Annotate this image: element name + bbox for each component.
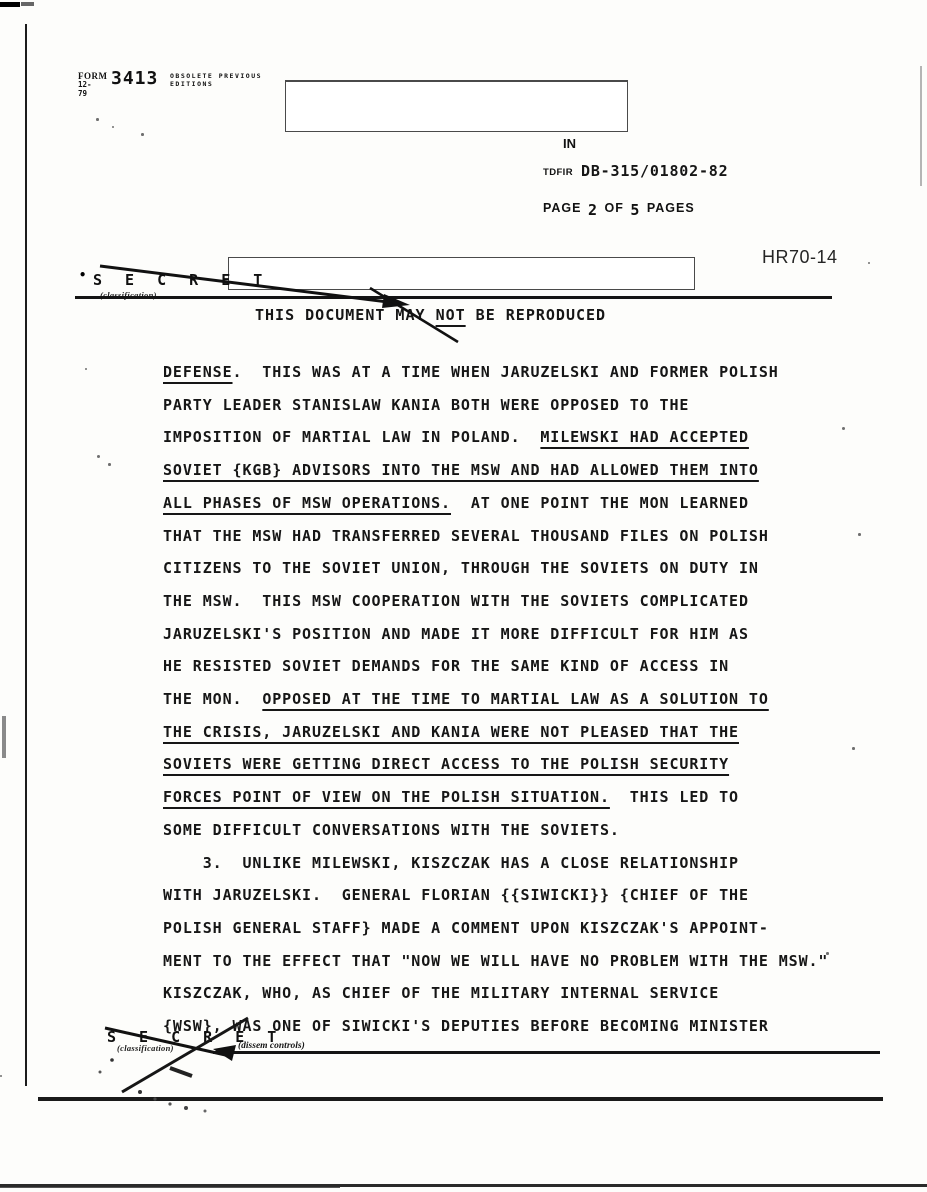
classification-stamp-top: S E C R E T [93, 271, 269, 289]
scan-edge-mark [21, 2, 34, 6]
text-segment: PARTY LEADER STANISLAW KANIA BOTH WERE O… [163, 396, 689, 414]
body-line: 3. UNLIKE MILEWSKI, KISZCZAK HAS A CLOSE… [163, 847, 883, 880]
page-current: 2 [586, 201, 600, 219]
text-segment: MENT TO THE EFFECT THAT "NOW WE WILL HAV… [163, 952, 828, 970]
underlined-text: OPPOSED AT THE TIME TO MARTIAL LAW AS A … [262, 690, 768, 708]
underlined-text: DEFENSE [163, 363, 233, 381]
body-line: PARTY LEADER STANISLAW KANIA BOTH WERE O… [163, 389, 883, 422]
body-line: CITIZENS TO THE SOVIET UNION, THROUGH TH… [163, 552, 883, 585]
text-segment: IMPOSITION OF MARTIAL LAW IN POLAND. [163, 428, 540, 446]
left-margin-tick [2, 716, 6, 758]
classification-sub-label-bottom: (classification) [117, 1043, 174, 1053]
text-segment: AT ONE POINT THE MON LEARNED [451, 494, 749, 512]
body-line: SOVIET {KGB} ADVISORS INTO THE MSW AND H… [163, 454, 883, 487]
text-segment: 3. UNLIKE MILEWSKI, KISZCZAK HAS A CLOSE… [163, 854, 739, 872]
body-line: SOME DIFFICULT CONVERSATIONS WITH THE SO… [163, 814, 883, 847]
body-line: KISZCZAK, WHO, AS CHIEF OF THE MILITARY … [163, 977, 883, 1010]
text-segment: . THIS WAS AT A TIME WHEN JARUZELSKI AND… [233, 363, 779, 381]
text-segment: HE RESISTED SOVIET DEMANDS FOR THE SAME … [163, 657, 729, 675]
dissem-controls-label: (dissem controls) [238, 1041, 305, 1051]
page-count-line: PAGE 2 OF 5 PAGES [543, 198, 695, 216]
page-word: PAGE [543, 201, 582, 215]
underlined-text: MILEWSKI HAD ACCEPTED [540, 428, 749, 446]
release-stamp: HR70-14 [762, 247, 838, 268]
of-word: OF [605, 201, 624, 215]
body-line: THE CRISIS, JARUZELSKI AND KANIA WERE NO… [163, 716, 883, 749]
text-segment: THIS DOCUMENT MAY [255, 306, 436, 324]
reference-number: DB-315/01802-82 [581, 162, 728, 180]
stamp-bullet: • [79, 268, 86, 282]
scan-edge-mark [0, 2, 20, 7]
page-edge-rule [0, 1184, 927, 1187]
notice-line: THIS DOCUMENT MAY NOT BE REPRODUCED [255, 306, 606, 324]
underlined-text: FORCES POINT OF VIEW ON THE POLISH SITUA… [163, 788, 610, 806]
underlined-text: SOVIET {KGB} ADVISORS INTO THE MSW AND H… [163, 461, 759, 479]
text-segment: KISZCZAK, WHO, AS CHIEF OF THE MILITARY … [163, 984, 719, 1002]
body-line: IMPOSITION OF MARTIAL LAW IN POLAND. MIL… [163, 421, 883, 454]
underlined-text: NOT [436, 306, 466, 324]
body-text: DEFENSE. THIS WAS AT A TIME WHEN JARUZEL… [163, 356, 883, 1043]
text-segment: WITH JARUZELSKI. GENERAL FLORIAN {{SIWIC… [163, 886, 749, 904]
body-line: SOVIETS WERE GETTING DIRECT ACCESS TO TH… [163, 748, 883, 781]
form-obsolete-note: OBSOLETE PREVIOUS EDITIONS [170, 72, 290, 88]
body-line: THE MON. OPPOSED AT THE TIME TO MARTIAL … [163, 683, 883, 716]
footer-rule [213, 1051, 880, 1054]
body-line: DEFENSE. THIS WAS AT A TIME WHEN JARUZEL… [163, 356, 883, 389]
text-segment: THE MSW. THIS MSW COOPERATION WITH THE S… [163, 592, 749, 610]
body-line: THE MSW. THIS MSW COOPERATION WITH THE S… [163, 585, 883, 618]
underlined-text: THE CRISIS, JARUZELSKI AND KANIA WERE NO… [163, 723, 739, 741]
page-total: 5 [628, 201, 642, 219]
right-edge-scan-line [920, 66, 922, 186]
document-page: FORM 12-79 3413 OBSOLETE PREVIOUS EDITIO… [0, 0, 927, 1192]
redaction-box-top [285, 80, 628, 132]
body-line: MENT TO THE EFFECT THAT "NOW WE WILL HAV… [163, 945, 883, 978]
text-segment: JARUZELSKI'S POSITION AND MADE IT MORE D… [163, 625, 749, 643]
in-label: IN [563, 136, 576, 151]
body-line: WITH JARUZELSKI. GENERAL FLORIAN {{SIWIC… [163, 879, 883, 912]
body-line: FORCES POINT OF VIEW ON THE POLISH SITUA… [163, 781, 883, 814]
body-line: THAT THE MSW HAD TRANSFERRED SEVERAL THO… [163, 520, 883, 553]
body-line: POLISH GENERAL STAFF} MADE A COMMENT UPO… [163, 912, 883, 945]
text-segment: BE REPRODUCED [466, 306, 606, 324]
text-segment: THIS LED TO [610, 788, 739, 806]
body-line: HE RESISTED SOVIET DEMANDS FOR THE SAME … [163, 650, 883, 683]
text-segment: THAT THE MSW HAD TRANSFERRED SEVERAL THO… [163, 527, 769, 545]
form-number: 3413 [111, 68, 158, 89]
body-line: ALL PHASES OF MSW OPERATIONS. AT ONE POI… [163, 487, 883, 520]
left-margin-scan-line [25, 24, 27, 1086]
underlined-text: SOVIETS WERE GETTING DIRECT ACCESS TO TH… [163, 755, 729, 773]
text-segment: POLISH GENERAL STAFF} MADE A COMMENT UPO… [163, 919, 769, 937]
heavy-bottom-rule [38, 1097, 883, 1101]
text-segment: THE MON. [163, 690, 262, 708]
pages-word: PAGES [647, 201, 695, 215]
body-line: JARUZELSKI'S POSITION AND MADE IT MORE D… [163, 618, 883, 651]
header-rule [75, 296, 832, 299]
text-segment: CITIZENS TO THE SOVIET UNION, THROUGH TH… [163, 559, 759, 577]
underlined-text: ALL PHASES OF MSW OPERATIONS. [163, 494, 451, 512]
redaction-box-classification-line [228, 257, 695, 290]
form-date: 12-79 [78, 80, 92, 98]
tdfir-label: TDFIR [543, 167, 573, 178]
text-segment: SOME DIFFICULT CONVERSATIONS WITH THE SO… [163, 821, 620, 839]
